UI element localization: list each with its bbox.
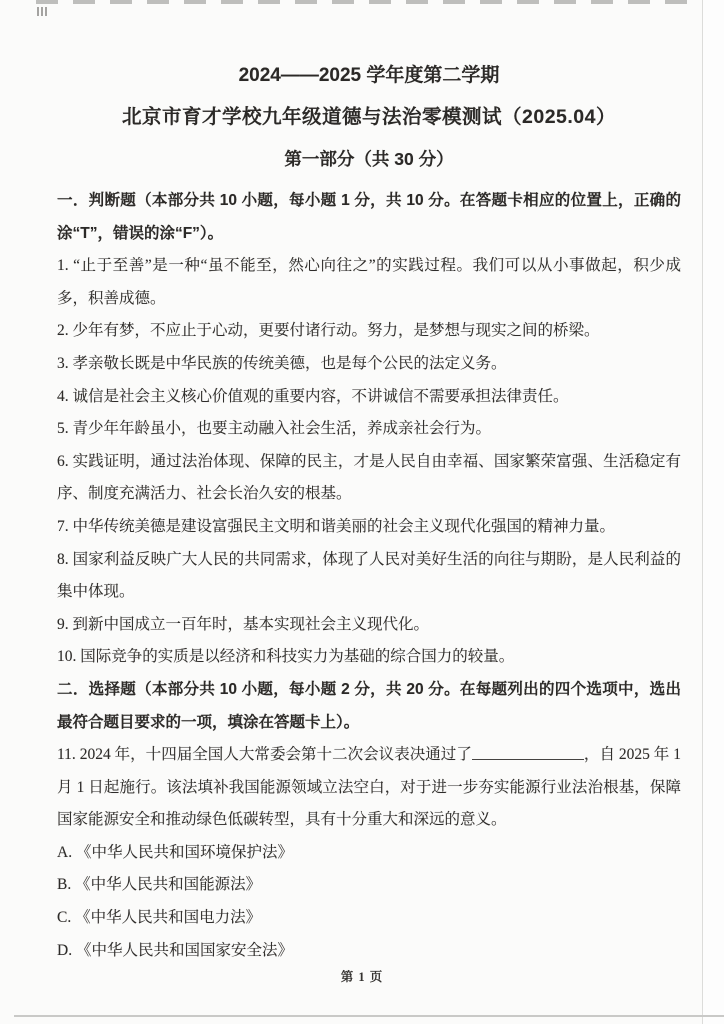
section-2-instructions: 二．选择题（本部分共 10 小题，每小题 2 分，共 20 分。在每题列出的四个… (57, 674, 681, 739)
scan-bottom-edge (14, 1015, 724, 1017)
question-7: 7. 中华传统美德是建设富强民主文明和谐美丽的社会主义现代化强国的精神力量。 (57, 511, 681, 544)
question-9: 9. 到新中国成立一百年时，基本实现社会主义现代化。 (57, 609, 681, 642)
question-2: 2. 少年有梦，不应止于心动，更要付诸行动。努力，是梦想与现实之间的桥梁。 (57, 315, 681, 348)
section-1-instructions: 一．判断题（本部分共 10 小题，每小题 1 分，共 10 分。在答题卡相应的位… (57, 185, 681, 250)
exam-body: 一．判断题（本部分共 10 小题，每小题 1 分，共 10 分。在答题卡相应的位… (57, 185, 681, 967)
question-3: 3. 孝亲敬长既是中华民族的传统美德，也是每个公民的法定义务。 (57, 348, 681, 381)
exam-title: 北京市育才学校九年级道德与法治零模测试（2025.04） (57, 105, 681, 130)
option-d: D. 《中华人民共和国国家安全法》 (57, 935, 681, 968)
question-10: 10. 国际竞争的实质是以经济和科技实力为基础的综合国力的较量。 (57, 641, 681, 674)
fill-in-blank-line (472, 755, 584, 760)
option-a: A. 《中华人民共和国环境保护法》 (57, 837, 681, 870)
exam-paper-page: 2024——2025 学年度第二学期 北京市育才学校九年级道德与法治零模测试（2… (0, 0, 724, 1024)
school-year-title: 2024——2025 学年度第二学期 (57, 64, 681, 88)
option-b: B. 《中华人民共和国能源法》 (57, 869, 681, 902)
part-one-heading: 第一部分（共 30 分） (57, 148, 681, 171)
question-4: 4. 诚信是社会主义核心价值观的重要内容，不讲诚信不需要承担法律责任。 (57, 381, 681, 414)
option-c: C. 《中华人民共和国电力法》 (57, 902, 681, 935)
question-5: 5. 青少年年龄虽小，也要主动融入社会生活，养成亲社会行为。 (57, 413, 681, 446)
question-8: 8. 国家利益反映广大人民的共同需求，体现了人民对美好生活的向往与期盼，是人民利… (57, 544, 681, 609)
question-6: 6. 实践证明，通过法治体现、保障的民主，才是人民自由幸福、国家繁荣富强、生活稳… (57, 446, 681, 511)
question-1: 1. “止于至善”是一种“虽不能至，然心向往之”的实践过程。我们可以从小事做起，… (57, 250, 681, 315)
document-content: 2024——2025 学年度第二学期 北京市育才学校九年级道德与法治零模测试（2… (0, 0, 724, 967)
question-11: 11. 2024 年，十四届全国人大常委会第十二次会议表决通过了，自 2025 … (57, 739, 681, 837)
page-number: 第 1 页 (0, 967, 724, 985)
question-11-text-before: 11. 2024 年，十四届全国人大常委会第十二次会议表决通过了 (57, 746, 472, 763)
